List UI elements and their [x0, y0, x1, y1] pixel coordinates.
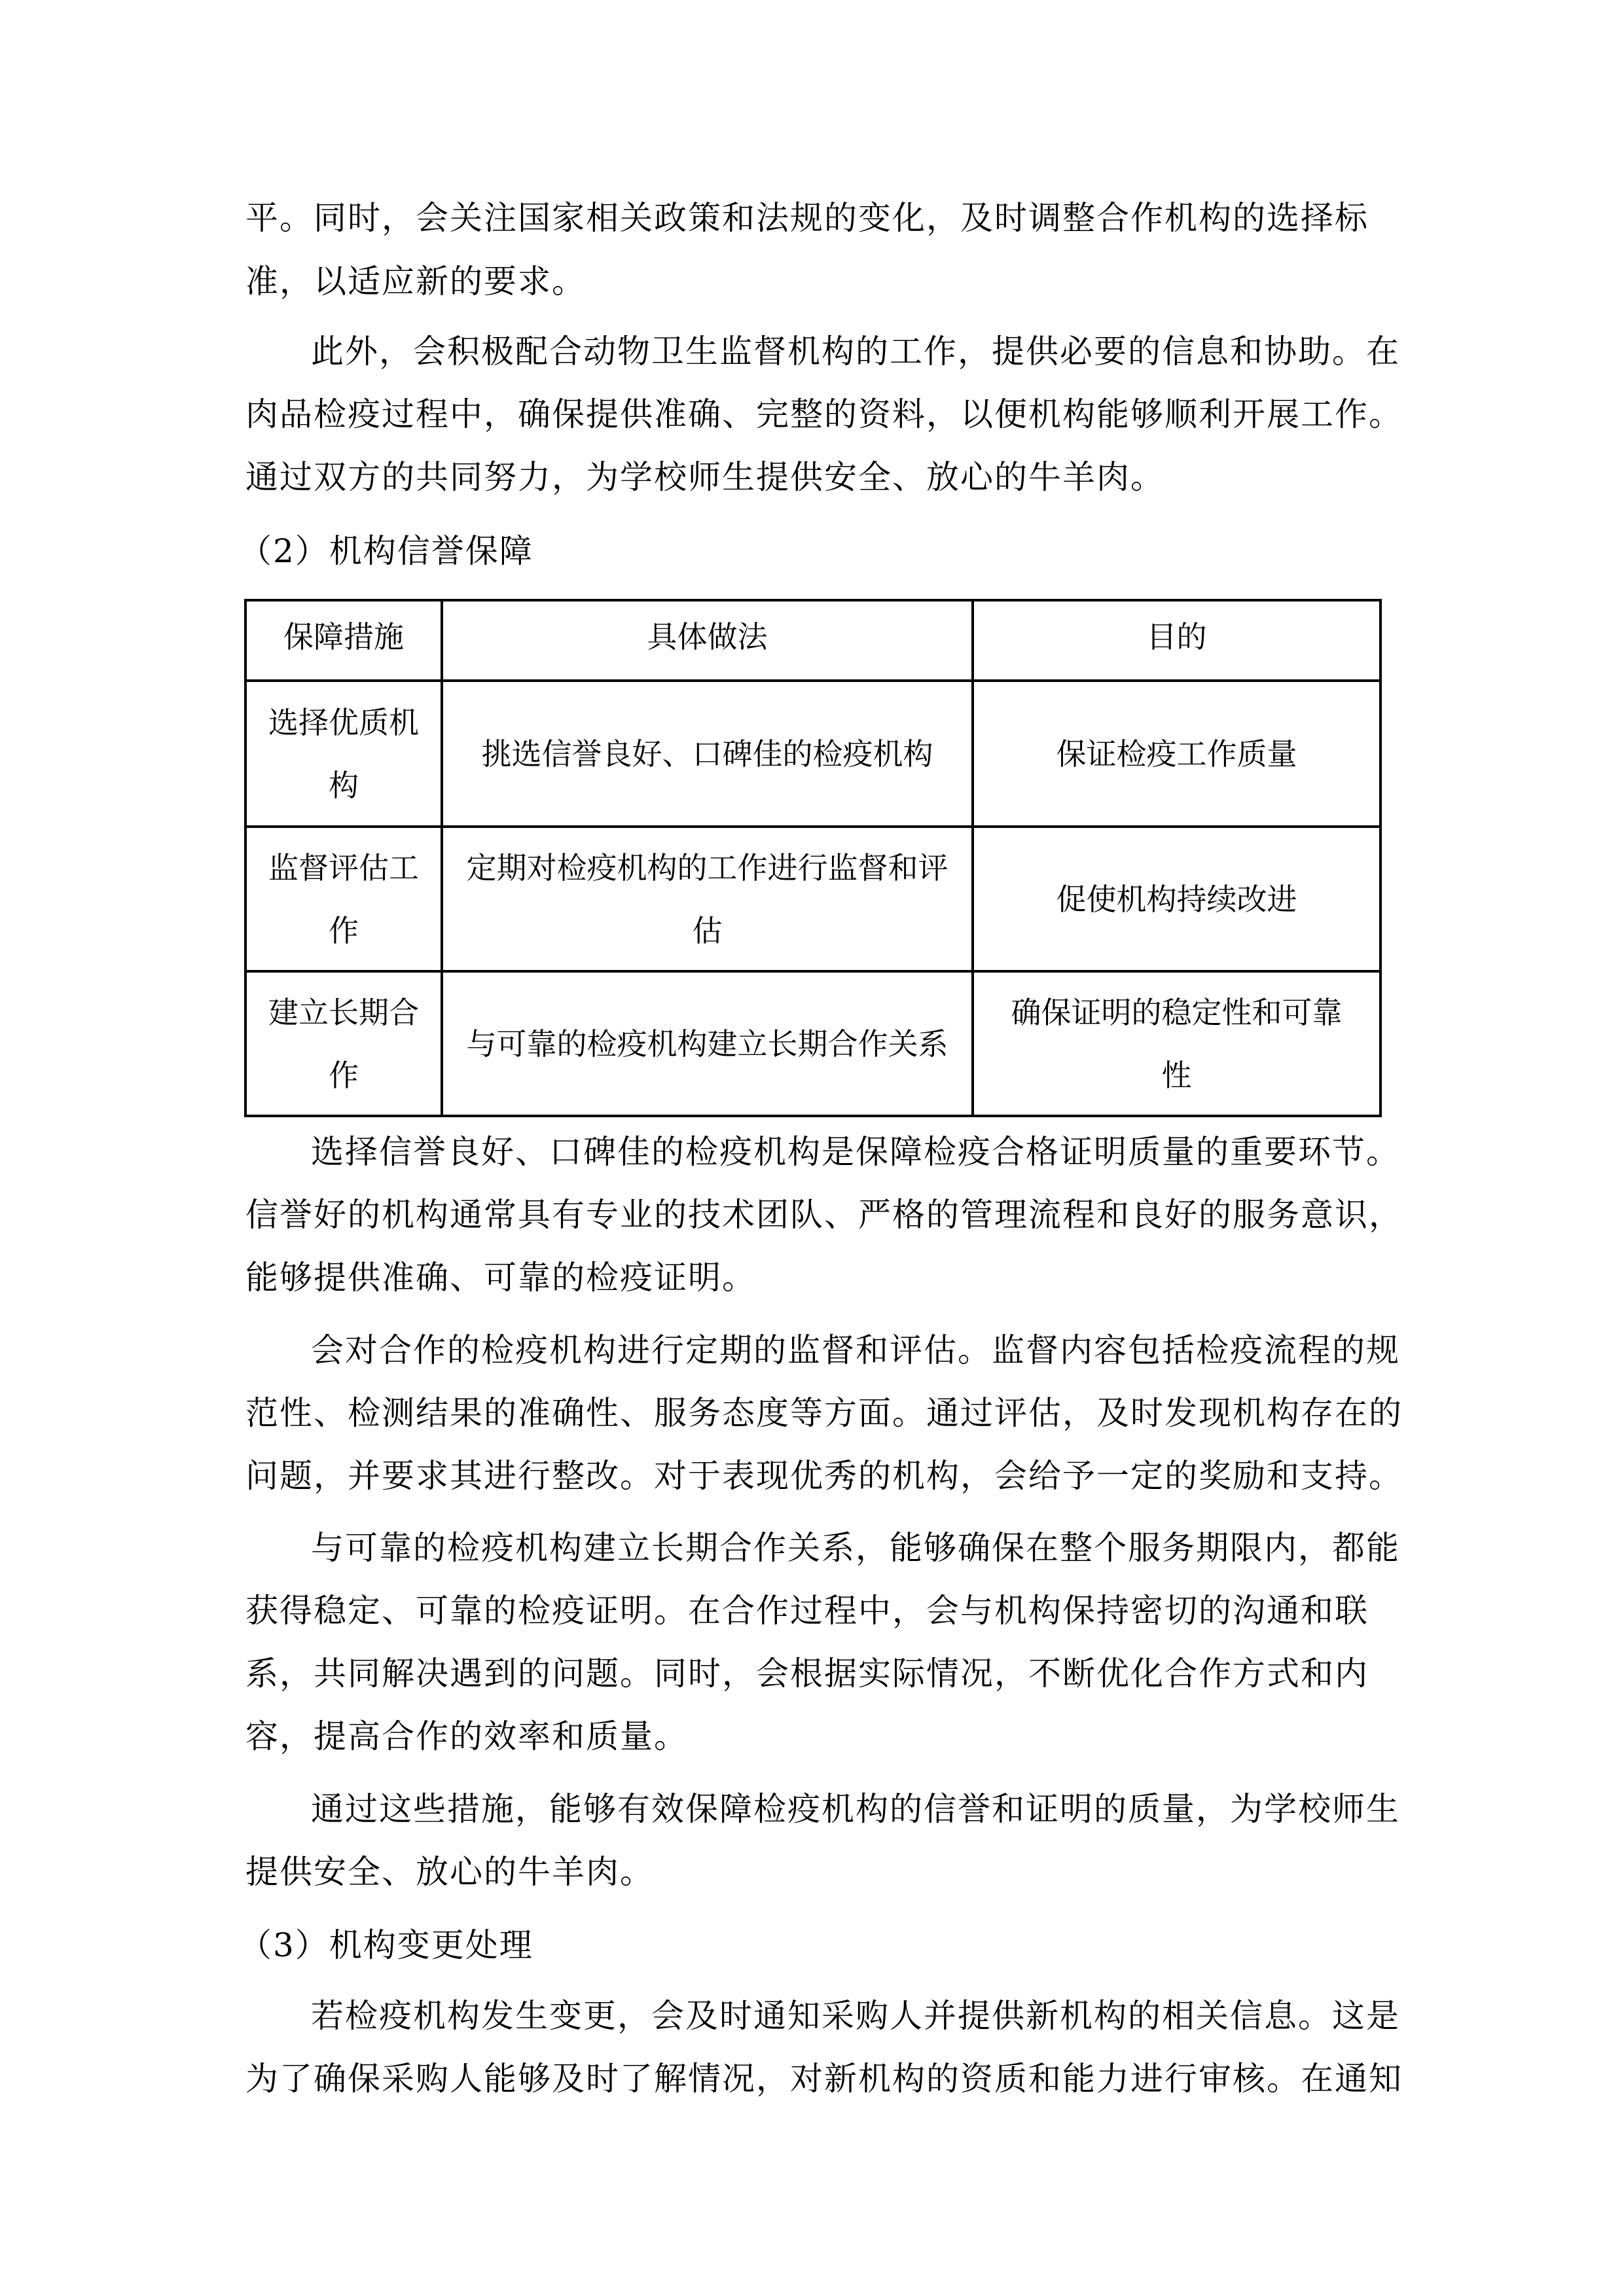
cell-text: 定期对检疫机构的工作进行监督和评 [451, 836, 964, 899]
guarantee-table: 保障措施 具体做法 目的 选择优质机构 挑选信誉良好、口碑佳的检疫机构 保证检疫… [244, 599, 1382, 1117]
cell-text: 构 [255, 754, 433, 817]
cell-text: 作 [255, 899, 433, 962]
paragraph-line: 系，共同解决遇到的问题。同时，会根据实际情况，不断优化合作方式和内 [245, 1654, 1381, 1693]
section-heading: （3）机构变更处理 [239, 1926, 1375, 1965]
table-header-cell: 保障措施 [245, 600, 442, 681]
cell-text: 保证检疫工作质量 [982, 723, 1371, 785]
table-header-row: 保障措施 具体做法 目的 [245, 600, 1380, 681]
table-cell-method: 与可靠的检疫机构建立长期合作关系 [442, 971, 973, 1116]
table-header-cell: 具体做法 [442, 600, 973, 681]
paragraph-line: 准，以适应新的要求。 [245, 262, 1381, 301]
paragraph-line: 若检疫机构发生变更，会及时通知采购人并提供新机构的相关信息。这是 [311, 1996, 1381, 2036]
paragraph-line: 提供安全、放心的牛羊肉。 [245, 1852, 1381, 1892]
paragraph-line: 问题，并要求其进行整改。对于表现优秀的机构，会给予一定的奖励和支持。 [245, 1456, 1381, 1496]
paragraph-line: 能够提供准确、可靠的检疫证明。 [245, 1258, 1381, 1297]
table-row: 监督评估工作 定期对检疫机构的工作进行监督和评估 促使机构持续改进 [245, 827, 1380, 971]
table-cell-measure: 选择优质机构 [245, 681, 442, 827]
paragraph-line: 此外，会积极配合动物卫生监督机构的工作，提供必要的信息和协助。在 [311, 332, 1381, 371]
cell-text: 确保证明的稳定性和可靠 [982, 981, 1371, 1044]
table-cell-method: 定期对检疫机构的工作进行监督和评估 [442, 827, 973, 971]
paragraph-line: 平。同时，会关注国家相关政策和法规的变化，及时调整合作机构的选择标 [245, 198, 1381, 238]
paragraph-line: 通过双方的共同努力，为学校师生提供安全、放心的牛羊肉。 [245, 457, 1381, 497]
table-cell-purpose: 保证检疫工作质量 [973, 681, 1380, 827]
table-cell-purpose: 确保证明的稳定性和可靠性 [973, 971, 1380, 1116]
table-cell-measure: 建立长期合作 [245, 971, 442, 1116]
cell-text: 估 [451, 899, 964, 962]
cell-text: 与可靠的检疫机构建立长期合作关系 [451, 1013, 964, 1075]
paragraph-line: 肉品检疫过程中，确保提供准确、完整的资料，以便机构能够顺利开展工作。 [245, 395, 1381, 434]
paragraph-line: 为了确保采购人能够及时了解情况，对新机构的资质和能力进行审核。在通知 [245, 2059, 1381, 2098]
cell-text: 作 [255, 1044, 433, 1107]
document-page: 平。同时，会关注国家相关政策和法规的变化，及时调整合作机构的选择标 准，以适应新… [0, 0, 1624, 2296]
cell-text: 建立长期合 [255, 981, 433, 1044]
paragraph-line: 通过这些措施，能够有效保障检疫机构的信誉和证明的质量，为学校师生 [311, 1789, 1381, 1829]
table-cell-method: 挑选信誉良好、口碑佳的检疫机构 [442, 681, 973, 827]
paragraph-line: 容，提高合作的效率和质量。 [245, 1717, 1381, 1756]
section-heading: （2）机构信誉保障 [239, 531, 1375, 571]
paragraph-line: 与可靠的检疫机构建立长期合作关系，能够确保在整个服务期限内，都能 [311, 1528, 1381, 1568]
paragraph-line: 选择信誉良好、口碑佳的检疫机构是保障检疫合格证明质量的重要环节。 [311, 1132, 1381, 1172]
table-row: 选择优质机构 挑选信誉良好、口碑佳的检疫机构 保证检疫工作质量 [245, 681, 1380, 827]
cell-text: 促使机构持续改进 [982, 868, 1371, 931]
table-header-cell: 目的 [973, 600, 1380, 681]
cell-text: 选择优质机 [255, 691, 433, 754]
table-cell-measure: 监督评估工作 [245, 827, 442, 971]
cell-text: 挑选信誉良好、口碑佳的检疫机构 [451, 723, 964, 785]
paragraph-line: 会对合作的检疫机构进行定期的监督和评估。监督内容包括检疫流程的规 [311, 1331, 1381, 1370]
table-row: 建立长期合作 与可靠的检疫机构建立长期合作关系 确保证明的稳定性和可靠性 [245, 971, 1380, 1116]
paragraph-line: 范性、检测结果的准确性、服务态度等方面。通过评估，及时发现机构存在的 [245, 1393, 1381, 1433]
cell-text: 性 [982, 1044, 1371, 1107]
paragraph-line: 信誉好的机构通常具有专业的技术团队、严格的管理流程和良好的服务意识， [245, 1195, 1381, 1234]
cell-text: 监督评估工 [255, 836, 433, 899]
paragraph-line: 获得稳定、可靠的检疫证明。在合作过程中，会与机构保持密切的沟通和联 [245, 1591, 1381, 1630]
table-cell-purpose: 促使机构持续改进 [973, 827, 1380, 971]
